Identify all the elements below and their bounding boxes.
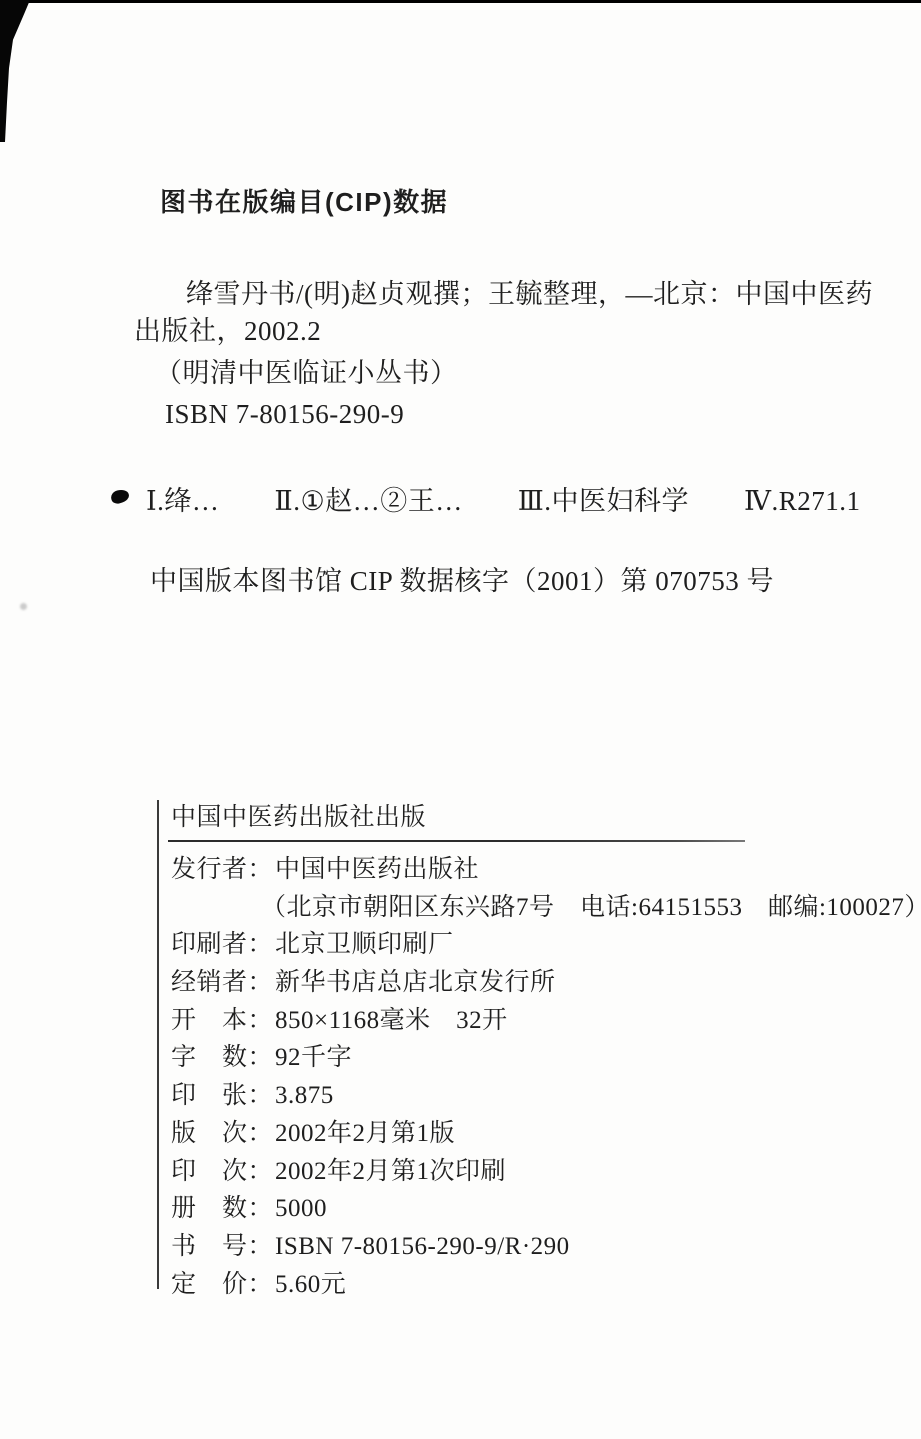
scan-corner-artifact — [0, 0, 30, 142]
row-label: 经销者： — [171, 969, 273, 996]
row-label: 册 数： — [171, 1195, 273, 1222]
colophon-row-price: 定 价：5.60元 — [171, 1266, 921, 1304]
colophon-row-distributor: 发行者：中国中医药出版社 — [171, 851, 921, 889]
colophon-rows: 发行者：中国中医药出版社 （北京市朝阳区东兴路7号 电话:64151553 邮编… — [171, 851, 921, 1303]
row-label: 定 价： — [171, 1271, 273, 1298]
row-label: 字 数： — [171, 1044, 273, 1071]
row-value: 新华书店总店北京发行所 — [275, 969, 556, 996]
row-value: 北京卫顺印刷厂 — [275, 931, 454, 958]
colophon-row-format: 开 本：850×1168毫米 32开 — [171, 1002, 921, 1040]
cip-entry-line-2: 出版社，2002.2 — [134, 316, 321, 347]
row-label: 印 次： — [171, 1158, 273, 1185]
row-label: 印刷者： — [171, 931, 273, 958]
row-value: 5000 — [275, 1195, 327, 1222]
row-label: 印 张： — [171, 1082, 273, 1109]
row-value: 92千字 — [275, 1044, 352, 1071]
row-value: 850×1168毫米 32开 — [275, 1007, 508, 1034]
isbn-line: ISBN 7-80156-290-9 — [165, 399, 404, 430]
publisher-line: 中国中医药出版社出版 — [171, 804, 426, 833]
colophon-row-address: （北京市朝阳区东兴路7号 电话:64151553 邮编:100027） — [171, 889, 921, 927]
scanned-book-copyright-page: 图书在版编目(CIP)数据 绛雪丹书/(明)赵贞观撰；王毓整理，—北京：中国中医… — [0, 0, 921, 1439]
cip-header: 图书在版编目(CIP)数据 — [160, 188, 448, 218]
series-note: （明清中医临证小丛书） — [155, 358, 458, 389]
colophon-row-edition: 版 次：2002年2月第1版 — [171, 1115, 921, 1153]
classification-line: Ⅰ.绛… Ⅱ.①赵…②王… Ⅲ.中医妇科学 Ⅳ.R271.1 — [146, 486, 861, 517]
colophon-left-rule — [157, 800, 159, 1289]
row-value: 5.60元 — [275, 1271, 346, 1298]
row-value: 2002年2月第1版 — [275, 1120, 455, 1147]
row-label: 开 本： — [171, 1007, 273, 1034]
row-value: ISBN 7-80156-290-9/R·290 — [275, 1233, 570, 1260]
colophon-row-seller: 经销者：新华书店总店北京发行所 — [171, 964, 921, 1002]
scan-edge-artifact-top — [0, 0, 921, 3]
scan-speck — [20, 603, 27, 610]
row-label: 版 次： — [171, 1120, 273, 1147]
cip-record-number-line: 中国版本图书馆 CIP 数据核字（2001）第 070753 号 — [150, 566, 774, 597]
colophon-row-printer: 印刷者：北京卫顺印刷厂 — [171, 926, 921, 964]
row-label: 书 号： — [171, 1233, 273, 1260]
colophon-row-copies: 册 数：5000 — [171, 1190, 921, 1228]
ink-blot-mark — [110, 488, 131, 505]
colophon-row-wordcount: 字 数：92千字 — [171, 1039, 921, 1077]
row-label: 发行者： — [171, 856, 273, 883]
row-value: 2002年2月第1次印刷 — [275, 1158, 506, 1185]
row-value: 中国中医药出版社 — [275, 856, 479, 883]
colophon-divider-rule — [168, 840, 745, 842]
row-value: 3.875 — [275, 1082, 334, 1109]
row-value: （北京市朝阳区东兴路7号 电话:64151553 邮编:100027） — [173, 894, 921, 921]
cip-entry-line-1: 绛雪丹书/(明)赵贞观撰；王毓整理，—北京：中国中医药 — [186, 279, 873, 310]
colophon-row-sheets: 印 张：3.875 — [171, 1077, 921, 1115]
colophon-row-printing: 印 次：2002年2月第1次印刷 — [171, 1153, 921, 1191]
colophon-row-booknumber: 书 号：ISBN 7-80156-290-9/R·290 — [171, 1228, 921, 1266]
